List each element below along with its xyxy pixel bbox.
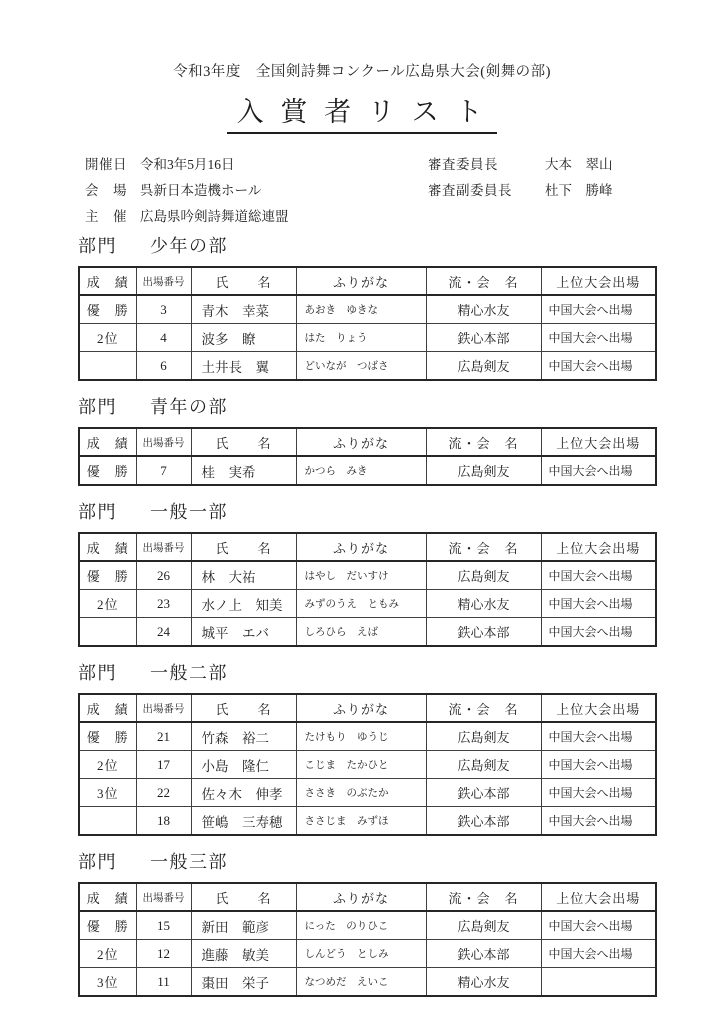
cell-group: 鉄心本部 [426, 940, 541, 968]
sections: 部門少年の部成 績出場番号氏 名ふりがな流・会 名上位大会出場優 勝3青木 幸菜… [0, 234, 724, 997]
table-row: 2位12進藤 敏美しんどう としみ鉄心本部中国大会へ出場 [79, 940, 656, 968]
cell-name: 城平 エバ [191, 618, 296, 647]
results-table: 成 績出場番号氏 名ふりがな流・会 名上位大会出場優 勝15新田 範彦にった の… [78, 882, 657, 997]
cell-advance [541, 968, 656, 997]
info-label-organizer: 主 催 [85, 204, 140, 230]
section-name: 一般二部 [150, 663, 228, 683]
header-cell-number: 出場番号 [136, 428, 191, 456]
cell-group: 精心水友 [426, 295, 541, 324]
cell-number: 22 [136, 779, 191, 807]
section-name: 少年の部 [150, 236, 228, 256]
cell-number: 21 [136, 722, 191, 751]
info-block: 開催日 令和3年5月16日 会 場 呉新日本造機ホール 主 催 広島県吟剣詩舞道… [85, 152, 724, 230]
cell-furigana: みずのうえ ともみ [296, 590, 426, 618]
header-cell-name: 氏 名 [191, 533, 296, 561]
cell-rank: 優 勝 [79, 295, 136, 324]
info-row-organizer: 主 催 広島県吟剣詩舞道総連盟 [85, 204, 428, 230]
header-cell-rank: 成 績 [79, 533, 136, 561]
info-row-venue: 会 場 呉新日本造機ホール [85, 178, 428, 204]
table-row: 24城平 エバしろひら えば鉄心本部中国大会へ出場 [79, 618, 656, 647]
header-cell-advance: 上位大会出場 [541, 267, 656, 295]
section-heading: 部門一般二部 [78, 661, 724, 685]
cell-advance: 中国大会へ出場 [541, 751, 656, 779]
info-row-date: 開催日 令和3年5月16日 [85, 152, 428, 178]
header-cell-furigana: ふりがな [296, 428, 426, 456]
cell-rank: 3位 [79, 779, 136, 807]
cell-number: 23 [136, 590, 191, 618]
header-cell-advance: 上位大会出場 [541, 428, 656, 456]
cell-group: 広島剣友 [426, 751, 541, 779]
section-2: 部門青年の部成 績出場番号氏 名ふりがな流・会 名上位大会出場優 勝7桂 実希か… [0, 395, 724, 486]
cell-rank: 優 勝 [79, 911, 136, 940]
cell-advance: 中国大会へ出場 [541, 295, 656, 324]
table-row: 2位23水ノ上 知美みずのうえ ともみ精心水友中国大会へ出場 [79, 590, 656, 618]
table-row: 6土井長 翼どいなが つばさ広島剣友中国大会へ出場 [79, 352, 656, 381]
header-cell-advance: 上位大会出場 [541, 533, 656, 561]
section-label: 部門 [78, 236, 117, 256]
cell-number: 6 [136, 352, 191, 381]
event-title: 令和3年度 全国剣詩舞コンクール広島県大会(剣舞の部) [0, 0, 724, 81]
section-label: 部門 [78, 852, 117, 872]
results-table: 成 績出場番号氏 名ふりがな流・会 名上位大会出場優 勝7桂 実希かつら みき広… [78, 427, 657, 486]
cell-advance: 中国大会へ出場 [541, 722, 656, 751]
header-cell-number: 出場番号 [136, 533, 191, 561]
cell-advance: 中国大会へ出場 [541, 456, 656, 485]
cell-advance: 中国大会へ出場 [541, 940, 656, 968]
cell-rank: 3位 [79, 968, 136, 997]
cell-rank: 2位 [79, 590, 136, 618]
cell-name: 進藤 敏美 [191, 940, 296, 968]
table-row: 優 勝21竹森 裕二たけもり ゆうじ広島剣友中国大会へ出場 [79, 722, 656, 751]
cell-name: 青木 幸菜 [191, 295, 296, 324]
cell-group: 広島剣友 [426, 352, 541, 381]
cell-name: 波多 瞭 [191, 324, 296, 352]
header-row: 成 績出場番号氏 名ふりがな流・会 名上位大会出場 [79, 428, 656, 456]
table-row: 優 勝7桂 実希かつら みき広島剣友中国大会へ出場 [79, 456, 656, 485]
header-cell-name: 氏 名 [191, 883, 296, 911]
cell-name: 佐々木 伸孝 [191, 779, 296, 807]
cell-furigana: はた りょう [296, 324, 426, 352]
info-value-date: 令和3年5月16日 [140, 152, 235, 178]
cell-advance: 中国大会へ出場 [541, 352, 656, 381]
cell-rank [79, 352, 136, 381]
info-label-vice-judge: 審査副委員長 [428, 178, 545, 204]
header-cell-group: 流・会 名 [426, 267, 541, 295]
cell-number: 15 [136, 911, 191, 940]
header-cell-group: 流・会 名 [426, 428, 541, 456]
section-heading: 部門一般一部 [78, 500, 724, 524]
cell-name: 笹嶋 三寿穂 [191, 807, 296, 836]
cell-number: 26 [136, 561, 191, 590]
info-row-vice-judge: 審査副委員長 杜下 勝峰 [428, 178, 724, 204]
header-cell-advance: 上位大会出場 [541, 694, 656, 722]
cell-furigana: かつら みき [296, 456, 426, 485]
cell-furigana: にった のりひこ [296, 911, 426, 940]
cell-advance: 中国大会へ出場 [541, 807, 656, 836]
cell-advance: 中国大会へ出場 [541, 590, 656, 618]
header-cell-advance: 上位大会出場 [541, 883, 656, 911]
cell-rank [79, 807, 136, 836]
cell-group: 広島剣友 [426, 456, 541, 485]
table-row: 18笹嶋 三寿穂ささじま みずほ鉄心本部中国大会へ出場 [79, 807, 656, 836]
cell-furigana: しろひら えば [296, 618, 426, 647]
cell-name: 小島 隆仁 [191, 751, 296, 779]
section-5: 部門一般三部成 績出場番号氏 名ふりがな流・会 名上位大会出場優 勝15新田 範… [0, 850, 724, 997]
cell-rank: 優 勝 [79, 561, 136, 590]
cell-furigana: あおき ゆきな [296, 295, 426, 324]
cell-furigana: ささき のぶたか [296, 779, 426, 807]
header-cell-rank: 成 績 [79, 267, 136, 295]
cell-name: 林 大祐 [191, 561, 296, 590]
results-table: 成 績出場番号氏 名ふりがな流・会 名上位大会出場優 勝26林 大祐はやし だい… [78, 532, 657, 647]
header-cell-name: 氏 名 [191, 694, 296, 722]
cell-number: 12 [136, 940, 191, 968]
cell-name: 新田 範彦 [191, 911, 296, 940]
table-row: 優 勝3青木 幸菜あおき ゆきな精心水友中国大会へ出場 [79, 295, 656, 324]
section-label: 部門 [78, 397, 117, 417]
section-4: 部門一般二部成 績出場番号氏 名ふりがな流・会 名上位大会出場優 勝21竹森 裕… [0, 661, 724, 836]
header-cell-rank: 成 績 [79, 883, 136, 911]
cell-furigana: どいなが つばさ [296, 352, 426, 381]
section-label: 部門 [78, 663, 117, 683]
info-row-chief-judge: 審査委員長 大本 翠山 [428, 152, 724, 178]
cell-advance: 中国大会へ出場 [541, 618, 656, 647]
info-label-venue: 会 場 [85, 178, 140, 204]
info-right-column: 審査委員長 大本 翠山 審査副委員長 杜下 勝峰 [428, 152, 724, 230]
header-cell-number: 出場番号 [136, 883, 191, 911]
info-label-chief-judge: 審査委員長 [428, 152, 545, 178]
cell-group: 鉄心本部 [426, 618, 541, 647]
header-cell-rank: 成 績 [79, 428, 136, 456]
results-table: 成 績出場番号氏 名ふりがな流・会 名上位大会出場優 勝3青木 幸菜あおき ゆき… [78, 266, 657, 381]
section-name: 青年の部 [150, 397, 228, 417]
section-label: 部門 [78, 502, 117, 522]
cell-number: 24 [136, 618, 191, 647]
header-cell-furigana: ふりがな [296, 533, 426, 561]
section-heading: 部門一般三部 [78, 850, 724, 874]
header-cell-name: 氏 名 [191, 267, 296, 295]
header-cell-group: 流・会 名 [426, 533, 541, 561]
cell-name: 棗田 栄子 [191, 968, 296, 997]
section-name: 一般三部 [150, 852, 228, 872]
header-cell-number: 出場番号 [136, 267, 191, 295]
header-row: 成 績出場番号氏 名ふりがな流・会 名上位大会出場 [79, 694, 656, 722]
table-row: 優 勝15新田 範彦にった のりひこ広島剣友中国大会へ出場 [79, 911, 656, 940]
cell-group: 鉄心本部 [426, 779, 541, 807]
cell-rank [79, 618, 136, 647]
cell-number: 4 [136, 324, 191, 352]
cell-group: 広島剣友 [426, 722, 541, 751]
table-row: 優 勝26林 大祐はやし だいすけ広島剣友中国大会へ出場 [79, 561, 656, 590]
header-cell-name: 氏 名 [191, 428, 296, 456]
cell-name: 桂 実希 [191, 456, 296, 485]
info-left-column: 開催日 令和3年5月16日 会 場 呉新日本造機ホール 主 催 広島県吟剣詩舞道… [85, 152, 428, 230]
cell-number: 18 [136, 807, 191, 836]
header-row: 成 績出場番号氏 名ふりがな流・会 名上位大会出場 [79, 533, 656, 561]
cell-advance: 中国大会へ出場 [541, 911, 656, 940]
page-title: 入 賞 者 リ ス ト [227, 90, 498, 134]
cell-name: 水ノ上 知美 [191, 590, 296, 618]
table-row: 2位4波多 瞭はた りょう鉄心本部中国大会へ出場 [79, 324, 656, 352]
cell-rank: 優 勝 [79, 456, 136, 485]
section-heading: 部門少年の部 [78, 234, 724, 258]
cell-group: 広島剣友 [426, 911, 541, 940]
cell-group: 精心水友 [426, 590, 541, 618]
section-3: 部門一般一部成 績出場番号氏 名ふりがな流・会 名上位大会出場優 勝26林 大祐… [0, 500, 724, 647]
cell-furigana: たけもり ゆうじ [296, 722, 426, 751]
header-cell-group: 流・会 名 [426, 694, 541, 722]
cell-group: 鉄心本部 [426, 324, 541, 352]
cell-furigana: はやし だいすけ [296, 561, 426, 590]
table-row: 3位11棗田 栄子なつめだ えいこ精心水友 [79, 968, 656, 997]
header-cell-furigana: ふりがな [296, 267, 426, 295]
info-value-venue: 呉新日本造機ホール [140, 178, 261, 204]
header-cell-furigana: ふりがな [296, 694, 426, 722]
info-label-date: 開催日 [85, 152, 140, 178]
section-1: 部門少年の部成 績出場番号氏 名ふりがな流・会 名上位大会出場優 勝3青木 幸菜… [0, 234, 724, 381]
cell-group: 広島剣友 [426, 561, 541, 590]
cell-rank: 2位 [79, 940, 136, 968]
cell-advance: 中国大会へ出場 [541, 561, 656, 590]
cell-furigana: しんどう としみ [296, 940, 426, 968]
header-cell-number: 出場番号 [136, 694, 191, 722]
table-row: 2位17小島 隆仁こじま たかひと広島剣友中国大会へ出場 [79, 751, 656, 779]
cell-group: 鉄心本部 [426, 807, 541, 836]
main-title-wrap: 入 賞 者 リ ス ト [0, 90, 724, 134]
cell-furigana: なつめだ えいこ [296, 968, 426, 997]
header-cell-group: 流・会 名 [426, 883, 541, 911]
cell-advance: 中国大会へ出場 [541, 324, 656, 352]
cell-number: 7 [136, 456, 191, 485]
info-value-organizer: 広島県吟剣詩舞道総連盟 [140, 204, 289, 230]
cell-group: 精心水友 [426, 968, 541, 997]
cell-advance: 中国大会へ出場 [541, 779, 656, 807]
document-page: 令和3年度 全国剣詩舞コンクール広島県大会(剣舞の部) 入 賞 者 リ ス ト … [0, 0, 724, 1024]
header-row: 成 績出場番号氏 名ふりがな流・会 名上位大会出場 [79, 267, 656, 295]
cell-furigana: ささじま みずほ [296, 807, 426, 836]
cell-name: 土井長 翼 [191, 352, 296, 381]
section-name: 一般一部 [150, 502, 228, 522]
cell-rank: 2位 [79, 324, 136, 352]
table-row: 3位22佐々木 伸孝ささき のぶたか鉄心本部中国大会へ出場 [79, 779, 656, 807]
cell-number: 17 [136, 751, 191, 779]
section-heading: 部門青年の部 [78, 395, 724, 419]
cell-rank: 優 勝 [79, 722, 136, 751]
info-value-chief-judge: 大本 翠山 [545, 152, 613, 178]
header-cell-furigana: ふりがな [296, 883, 426, 911]
cell-rank: 2位 [79, 751, 136, 779]
cell-furigana: こじま たかひと [296, 751, 426, 779]
info-value-vice-judge: 杜下 勝峰 [545, 178, 613, 204]
cell-number: 11 [136, 968, 191, 997]
header-cell-rank: 成 績 [79, 694, 136, 722]
cell-name: 竹森 裕二 [191, 722, 296, 751]
header-row: 成 績出場番号氏 名ふりがな流・会 名上位大会出場 [79, 883, 656, 911]
cell-number: 3 [136, 295, 191, 324]
results-table: 成 績出場番号氏 名ふりがな流・会 名上位大会出場優 勝21竹森 裕二たけもり … [78, 693, 657, 836]
